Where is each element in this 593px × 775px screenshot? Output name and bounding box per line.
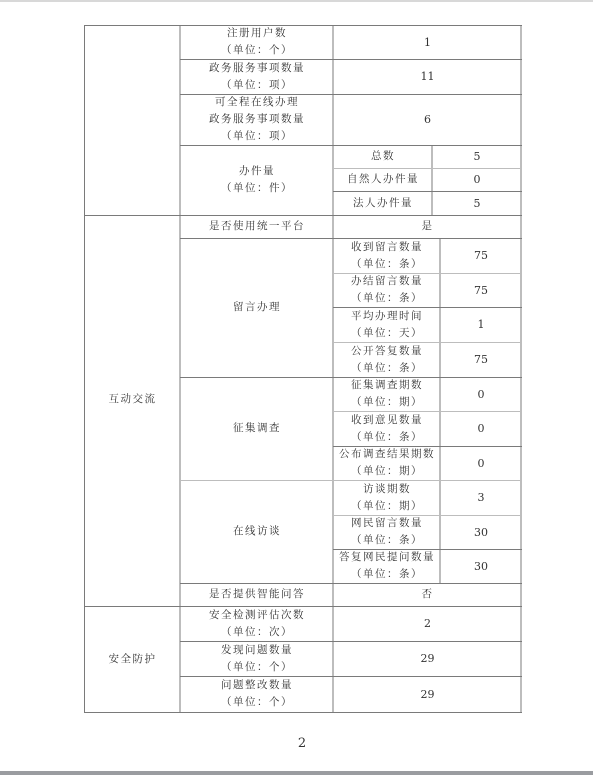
page-top-edge	[0, 0, 593, 2]
opinions-received-label: 收到意见数量 （单位：条）	[334, 411, 440, 446]
label-line: 问题整改数量	[221, 677, 293, 694]
row-divider	[333, 273, 522, 274]
interview-group-label: 在线访谈	[181, 480, 333, 583]
label-unit: （单位：个）	[221, 659, 293, 676]
label-unit: （单位：次）	[221, 624, 293, 641]
issues-found-label: 发现问题数量 （单位：个）	[181, 641, 333, 676]
row-divider	[180, 583, 522, 584]
label-line: 政务服务事项数量	[209, 60, 305, 77]
label-unit: （单位：件）	[221, 180, 293, 197]
security-assessments-label: 安全检测评估次数 （单位：次）	[181, 606, 333, 641]
label-line: 公开答复数量	[351, 343, 423, 360]
netizen-messages-value: 30	[441, 515, 521, 549]
row-divider	[333, 549, 522, 550]
label-unit: （单位：期）	[351, 463, 423, 480]
public-replies-label: 公开答复数量 （单位：条）	[334, 342, 440, 377]
table-border-right	[520, 25, 522, 713]
label-line: 访谈期数	[363, 481, 411, 498]
label-line: 公布调查结果期数	[339, 446, 435, 463]
messages-closed-value: 75	[441, 273, 521, 307]
section-divider	[84, 606, 522, 607]
row-divider	[180, 641, 522, 642]
security-section-title: 安全防护	[85, 606, 180, 712]
label-unit: （单位：条）	[351, 360, 423, 377]
cases-legal-entity-label: 法人办件量	[334, 191, 432, 215]
label-line: 政务服务事项数量	[209, 111, 305, 128]
survey-results-published-label: 公布调查结果期数 （单位：期）	[334, 446, 440, 480]
label-unit: （单位：个）	[221, 694, 293, 711]
column-divider-1	[179, 25, 181, 713]
column-divider-2	[332, 25, 334, 713]
service-items-label: 政务服务事项数量 （单位：项）	[181, 59, 333, 94]
cases-individual-value: 0	[433, 168, 521, 191]
label-line: 收到留言数量	[351, 239, 423, 256]
unified-platform-label: 是否使用统一平台	[181, 215, 333, 238]
label-line: 网民留言数量	[351, 515, 423, 532]
label-unit: （单位：项）	[221, 77, 293, 94]
label-unit: （单位：个）	[221, 42, 293, 59]
cases-individual-label: 自然人办件量	[334, 168, 432, 191]
label-line: 办件量	[239, 163, 275, 180]
label-line: 安全检测评估次数	[209, 607, 305, 624]
row-divider	[180, 59, 522, 60]
column-divider-cases	[431, 145, 433, 215]
row-divider	[333, 342, 522, 343]
label-line: 发现问题数量	[221, 642, 293, 659]
label-unit: （单位：项）	[221, 128, 293, 145]
label-unit: （单位：天）	[351, 325, 423, 342]
table-border-left	[84, 25, 85, 713]
survey-results-published-value: 0	[441, 446, 521, 480]
registered-users-value: 1	[334, 25, 521, 59]
avg-handling-time-value: 1	[441, 307, 521, 342]
label-line: 可全程在线办理	[215, 94, 299, 111]
row-divider	[333, 307, 522, 308]
security-assessments-value: 2	[334, 606, 521, 641]
label-line: 收到意见数量	[351, 412, 423, 429]
label-unit: （单位：条）	[351, 290, 423, 307]
row-divider	[333, 411, 522, 412]
label-unit: （单位：条）	[351, 532, 423, 549]
label-line: 注册用户数	[227, 25, 287, 42]
netizen-questions-answered-label: 答复网民提问数量 （单位：条）	[334, 549, 440, 583]
table-border-bottom	[84, 712, 522, 713]
unified-platform-value: 是	[334, 215, 521, 238]
cases-legal-entity-value: 5	[433, 191, 521, 215]
interview-periods-value: 3	[441, 480, 521, 515]
smart-qa-value: 否	[334, 583, 521, 606]
row-divider	[180, 676, 522, 677]
page-number: 2	[290, 736, 314, 751]
cases-total-label: 总数	[334, 145, 432, 168]
cases-label: 办件量 （单位：件）	[181, 145, 333, 215]
label-line: 答复网民提问数量	[339, 549, 435, 566]
registered-users-label: 注册用户数 （单位：个）	[181, 25, 333, 59]
table-border-top	[84, 25, 522, 26]
netizen-questions-answered-value: 30	[441, 549, 521, 583]
online-service-items-label: 可全程在线办理 政务服务事项数量 （单位：项）	[181, 94, 333, 145]
interaction-section-title: 互动交流	[85, 215, 180, 583]
row-divider	[180, 480, 522, 481]
section-divider	[84, 215, 522, 216]
label-unit: （单位：期）	[351, 498, 423, 515]
label-line: 平均办理时间	[351, 308, 423, 325]
survey-periods-label: 征集调查期数 （单位：期）	[334, 377, 440, 411]
row-divider	[180, 238, 522, 239]
row-divider	[333, 191, 522, 192]
label-unit: （单位：期）	[351, 394, 423, 411]
avg-handling-time-label: 平均办理时间 （单位：天）	[334, 307, 440, 342]
opinions-received-value: 0	[441, 411, 521, 446]
online-service-items-value: 6	[334, 94, 521, 145]
survey-group-label: 征集调查	[181, 377, 333, 480]
label-unit: （单位：条）	[351, 566, 423, 583]
label-unit: （单位：条）	[351, 256, 423, 273]
row-divider	[180, 145, 522, 146]
row-divider	[333, 446, 522, 447]
messages-closed-label: 办结留言数量 （单位：条）	[334, 273, 440, 307]
row-divider	[180, 94, 522, 95]
interview-periods-label: 访谈期数 （单位：期）	[334, 480, 440, 515]
messages-received-label: 收到留言数量 （单位：条）	[334, 238, 440, 273]
row-divider	[180, 377, 522, 378]
service-items-value: 11	[334, 59, 521, 94]
messages-received-value: 75	[441, 238, 521, 273]
public-replies-value: 75	[441, 342, 521, 377]
cases-total-value: 5	[433, 145, 521, 168]
label-unit: （单位：条）	[351, 429, 423, 446]
page-bottom-edge	[0, 771, 593, 775]
issues-found-value: 29	[334, 641, 521, 676]
row-divider	[333, 168, 522, 169]
row-divider	[333, 515, 522, 516]
issues-fixed-label: 问题整改数量 （单位：个）	[181, 676, 333, 712]
label-line: 办结留言数量	[351, 273, 423, 290]
netizen-messages-label: 网民留言数量 （单位：条）	[334, 515, 440, 549]
smart-qa-label: 是否提供智能问答	[181, 583, 333, 606]
messages-group-label: 留言办理	[181, 238, 333, 377]
survey-periods-value: 0	[441, 377, 521, 411]
label-line: 征集调查期数	[351, 377, 423, 394]
issues-fixed-value: 29	[334, 676, 521, 712]
